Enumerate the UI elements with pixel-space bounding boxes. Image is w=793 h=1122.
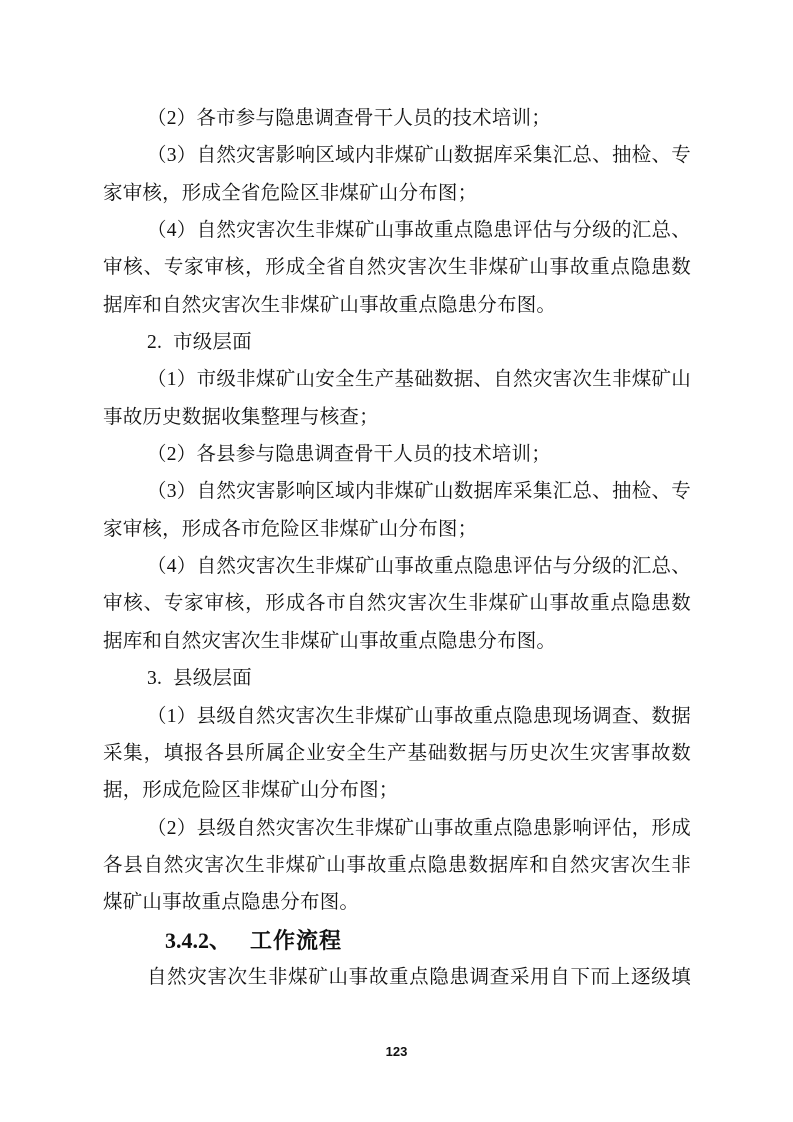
section-item-label: 市级层面 xyxy=(173,332,252,353)
paragraph: （2）县级自然灾害次生非煤矿山事故重点隐患影响评估，形成各县自然灾害次生非煤矿山… xyxy=(103,810,691,922)
paragraph: （4）自然灾害次生非煤矿山事故重点隐患评估与分级的汇总、审核、专家审核，形成各市… xyxy=(103,548,691,660)
paragraph: （1）县级自然灾害次生非煤矿山事故重点隐患现场调查、数据采集，填报各县所属企业安… xyxy=(103,698,691,810)
section-heading-work-process: 3.4.2、工作流程 xyxy=(103,922,691,959)
paragraph: （4）自然灾害次生非煤矿山事故重点隐患评估与分级的汇总、审核、专家审核，形成全省… xyxy=(103,212,691,324)
paragraph: （2）各市参与隐患调查骨干人员的技术培训； xyxy=(103,100,691,137)
paragraph: （2）各县参与隐患调查骨干人员的技术培训； xyxy=(103,436,691,473)
section-item-city-level: 2.市级层面 xyxy=(103,324,691,361)
page-number: 123 xyxy=(0,1044,793,1059)
paragraph: （3）自然灾害影响区域内非煤矿山数据库采集汇总、抽检、专家审核，形成各市危险区非… xyxy=(103,473,691,548)
section-item-county-level: 3.县级层面 xyxy=(103,660,691,697)
section-item-number: 2. xyxy=(147,332,162,353)
section-heading-label: 工作流程 xyxy=(250,928,342,953)
section-item-number: 3. xyxy=(147,668,162,689)
section-heading-number: 3.4.2、 xyxy=(165,928,231,953)
paragraph: （3）自然灾害影响区域内非煤矿山数据库采集汇总、抽检、专家审核，形成全省危险区非… xyxy=(103,137,691,212)
document-page: （2）各市参与隐患调查骨干人员的技术培训； （3）自然灾害影响区域内非煤矿山数据… xyxy=(0,0,793,1122)
paragraph: （1）市级非煤矿山安全生产基础数据、自然灾害次生非煤矿山事故历史数据收集整理与核… xyxy=(103,361,691,436)
section-item-label: 县级层面 xyxy=(173,668,252,689)
page-content: （2）各市参与隐患调查骨干人员的技术培训； （3）自然灾害影响区域内非煤矿山数据… xyxy=(103,100,691,996)
paragraph: 自然灾害次生非煤矿山事故重点隐患调查采用自下而上逐级填 xyxy=(103,959,691,996)
